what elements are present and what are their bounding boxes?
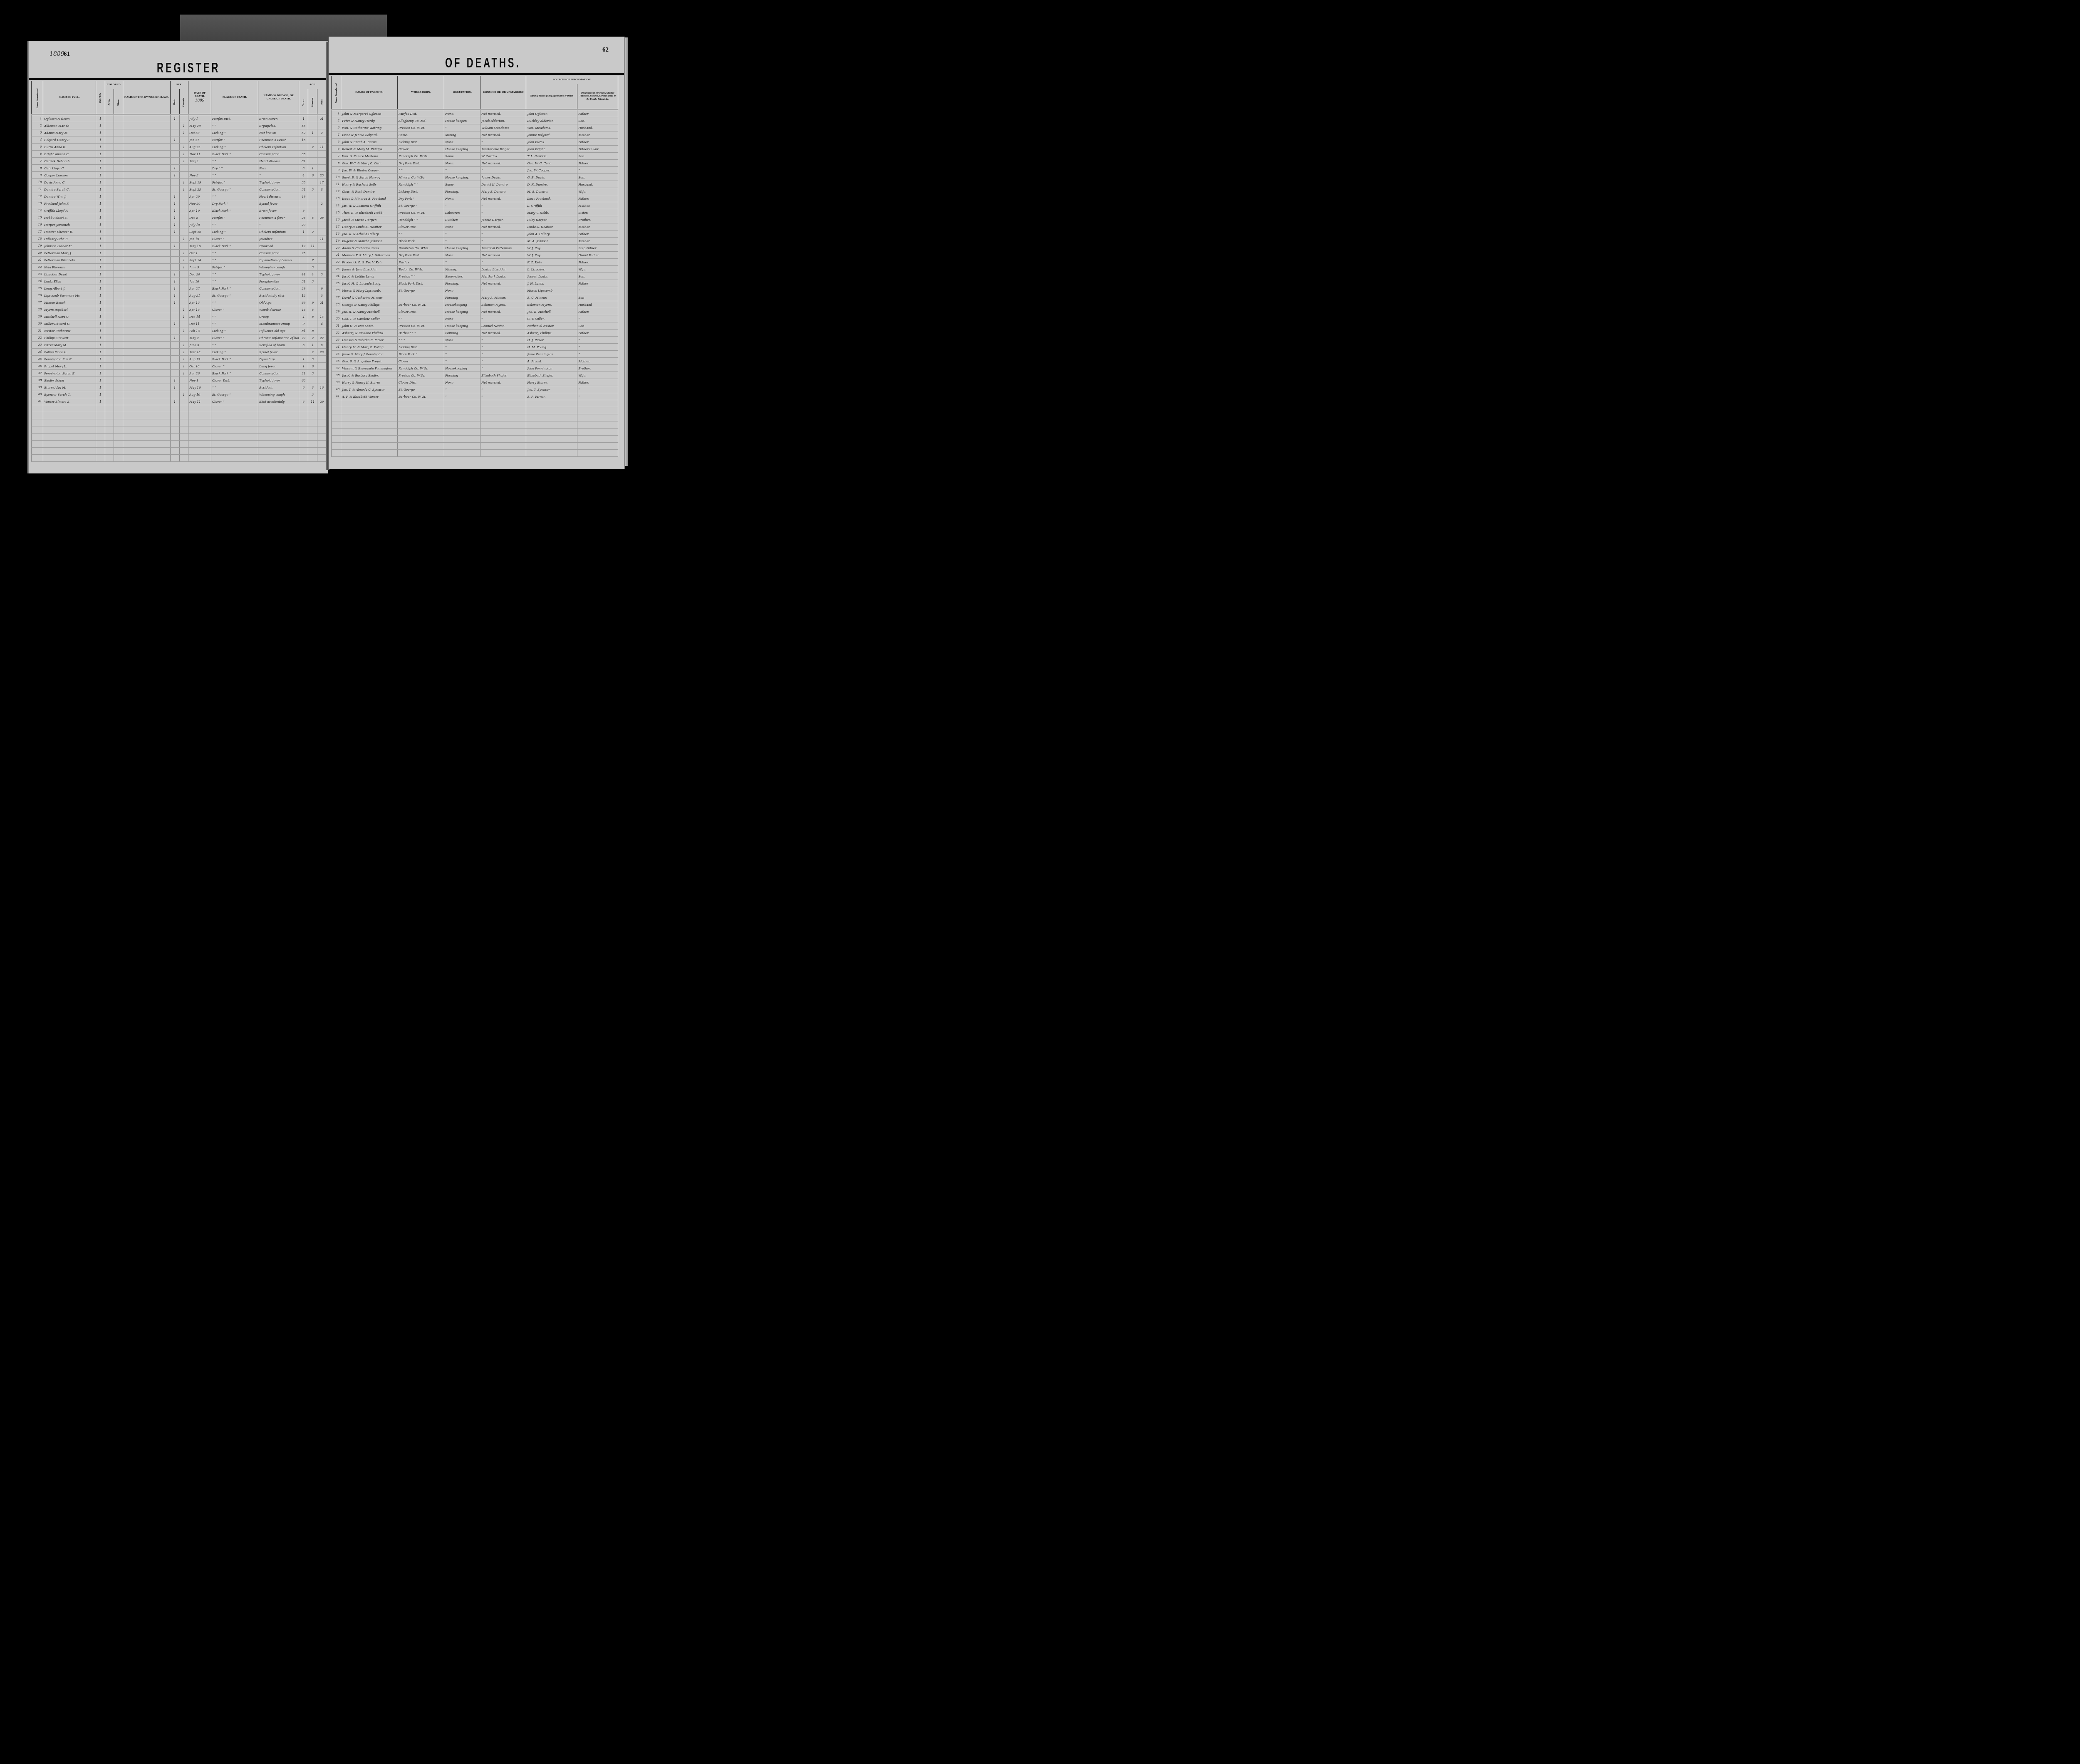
empty-row <box>32 455 327 462</box>
colored-free-mark <box>105 384 114 391</box>
white-mark: 1 <box>96 207 105 214</box>
male-mark: 1 <box>170 398 179 405</box>
age-days: 21 <box>317 115 327 122</box>
slave-owner <box>123 172 170 179</box>
age-days: 2 <box>317 200 327 207</box>
age-months <box>308 122 317 129</box>
table-row: 16 Jacob & Susan Harper. Randolph ” ” Bu… <box>332 216 618 223</box>
informant-relation: Grand Father. <box>577 252 618 259</box>
age-months: 1 <box>308 129 317 136</box>
male-mark <box>170 264 179 271</box>
place-of-death: Dry ” ” <box>211 165 258 172</box>
slave-owner <box>123 398 170 405</box>
age-years: 3 <box>299 165 308 172</box>
table-row: 35 Pennington Ella E. 1 1 Aug 15 Black F… <box>32 356 327 363</box>
deceased-name: Mitchell Nora C. <box>43 313 96 320</box>
line-number: 40 <box>332 386 341 393</box>
colored-slave-mark <box>114 278 123 285</box>
occupation: None <box>444 315 480 322</box>
occupation: Housekeeping <box>444 365 480 372</box>
slave-owner <box>123 250 170 257</box>
deceased-name: Myers Ingaborl <box>43 306 96 313</box>
date-of-death: Nov 1 <box>188 377 211 384</box>
line-number: 33 <box>332 337 341 344</box>
line-number: 1 <box>32 115 43 122</box>
deceased-name: Dumire Wm. J. <box>43 193 96 200</box>
informant-name: John Bright. <box>526 146 577 153</box>
occupation: None. <box>444 110 480 117</box>
informant-name: Harry Sturm. <box>526 379 577 386</box>
empty-row <box>32 419 327 426</box>
consort: ” <box>480 259 526 266</box>
parents-names: Thos. B. & Elizabeth Hebb. <box>341 209 398 216</box>
table-row: 30 Miller Edward C. 1 1 Oct 11 ” ” Membr… <box>32 320 327 327</box>
where-born: Dry Fork Dist. <box>397 252 444 259</box>
where-born: Fairfax Dist. <box>397 110 444 117</box>
white-mark: 1 <box>96 285 105 292</box>
line-number: 19 <box>32 243 43 250</box>
cause-of-death: Womb disease <box>258 306 299 313</box>
line-number: 39 <box>32 384 43 391</box>
age-days <box>317 278 327 285</box>
informant-name: Linda A. Hoatter. <box>526 223 577 230</box>
cause-of-death: Not known <box>258 129 299 136</box>
cause-of-death: Pneumonia fever <box>258 214 299 221</box>
female-mark: 1 <box>179 144 188 151</box>
place-of-death: ” ” <box>211 193 258 200</box>
age-months <box>308 158 317 165</box>
colored-free-mark <box>105 158 114 165</box>
colored-slave-mark <box>114 144 123 151</box>
deceased-name: Alderton Mariah <box>43 122 96 129</box>
age-months <box>308 320 317 327</box>
header-names-of-parents: NAMES OF PARENTS. <box>341 76 398 110</box>
line-number: 16 <box>32 221 43 228</box>
age-months: 6 <box>308 306 317 313</box>
place-of-death: ” ” <box>211 221 258 228</box>
slave-owner <box>123 235 170 243</box>
white-mark: 1 <box>96 179 105 186</box>
female-mark <box>179 136 188 144</box>
header-days: Days. <box>317 89 327 115</box>
female-mark <box>179 200 188 207</box>
colored-free-mark <box>105 313 114 320</box>
male-mark: 1 <box>170 165 179 172</box>
table-row: 12 Chas. & Ruth Dumire Licking Dist. Far… <box>332 188 618 195</box>
where-born <box>397 294 444 301</box>
age-months: 7 <box>308 257 317 264</box>
table-row: 38 Jacob & Barbara Shafer. Preston Co. W… <box>332 372 618 379</box>
slave-owner <box>123 200 170 207</box>
male-mark <box>170 122 179 129</box>
where-born: Black Fork ” <box>397 351 444 358</box>
slave-owner <box>123 313 170 320</box>
table-row: 15 Thos. B. & Elizabeth Hebb. Preston Co… <box>332 209 618 216</box>
occupation: Housekeeping <box>444 301 480 308</box>
table-row: 28 Myers Ingaborl 1 1 Apr 15 Clover ” Wo… <box>32 306 327 313</box>
parents-names: Robert & Mary M. Phillips. <box>341 146 398 153</box>
informant-relation: Wife. <box>577 188 618 195</box>
line-number: 38 <box>32 377 43 384</box>
colored-slave-mark <box>114 299 123 306</box>
table-row: 31 John H. & Eva Lantz. Preston Co. W.Va… <box>332 322 618 330</box>
age-years <box>299 257 308 264</box>
line-number: 29 <box>32 313 43 320</box>
cause-of-death: Flux <box>258 165 299 172</box>
age-years: 52 <box>299 129 308 136</box>
colored-slave-mark <box>114 370 123 377</box>
parents-names: John H. & Eva Lantz. <box>341 322 398 330</box>
place-of-death: Clover ” <box>211 398 258 405</box>
colored-free-mark <box>105 172 114 179</box>
line-number: 7 <box>32 158 43 165</box>
age-days <box>317 151 327 158</box>
informant-name: Geo. W. C. Carr. <box>526 160 577 167</box>
deceased-name: Phillips Stewart <box>43 334 96 342</box>
age-days: 6 <box>317 342 327 349</box>
informant-relation: Father. <box>577 160 618 167</box>
slave-owner <box>123 278 170 285</box>
informant-name: M. A. Johnson. <box>526 238 577 245</box>
age-days <box>317 207 327 214</box>
slave-owner <box>123 144 170 151</box>
parents-names: Jacob H. & Lucinda Long. <box>341 280 398 287</box>
parents-names: John & Margaret Ogleson <box>341 110 398 117</box>
age-months: 5 <box>308 186 317 193</box>
parents-names: David & Catharine Minear <box>341 294 398 301</box>
cause-of-death: Jaundice. <box>258 235 299 243</box>
age-months <box>308 377 317 384</box>
cause-of-death: Consumption. <box>258 285 299 292</box>
place-of-death: St. George ” <box>211 292 258 299</box>
age-days: 16 <box>317 384 327 391</box>
empty-row <box>332 421 618 429</box>
occupation: ” <box>444 202 480 209</box>
table-row: 33 Henson & Tabitha E. Pitzer ” ” ” None… <box>332 337 618 344</box>
line-number: 8 <box>32 165 43 172</box>
line-number: 23 <box>332 266 341 273</box>
where-born: Licking Dist. <box>397 344 444 351</box>
colored-slave-mark <box>114 250 123 257</box>
header-where-born: WHERE BORN. <box>397 76 444 110</box>
consort: Monterville Bright <box>480 146 526 153</box>
deceased-name: Dumire Sarah C. <box>43 186 96 193</box>
male-mark <box>170 144 179 151</box>
consort: ” <box>480 344 526 351</box>
informant-relation: ” <box>577 287 618 294</box>
parents-names: Moses & Mary Lipscomb. <box>341 287 398 294</box>
slave-owner <box>123 370 170 377</box>
date-of-death: May 11 <box>188 398 211 405</box>
informant-relation: ” <box>577 386 618 393</box>
deceased-name: Miller Edward C. <box>43 320 96 327</box>
table-row: 41 Varner Elmore E. 1 1 May 11 Clover ” … <box>32 398 327 405</box>
consort: Not married. <box>480 131 526 139</box>
cause-of-death: Cholera infantum <box>258 228 299 235</box>
female-mark: 1 <box>179 306 188 313</box>
informant-relation: Wife. <box>577 372 618 379</box>
female-mark: 1 <box>179 257 188 264</box>
white-mark: 1 <box>96 391 105 398</box>
occupation: Farming <box>444 294 480 301</box>
colored-free-mark <box>105 292 114 299</box>
empty-row <box>32 426 327 434</box>
empty-row <box>332 400 618 407</box>
parent-entries: 1 John & Margaret Ogleson Fairfax Dist. … <box>332 110 618 457</box>
where-born: ” ” <box>397 315 444 322</box>
age-years: 26 <box>299 214 308 221</box>
header-months: Months. <box>308 89 317 115</box>
place-of-death: ” ” <box>211 278 258 285</box>
white-mark: 1 <box>96 320 105 327</box>
occupation: ” <box>444 386 480 393</box>
deceased-name: Cooper Lawson <box>43 172 96 179</box>
consort: ” <box>480 393 526 400</box>
parents-names: Jno. T. & Almeda C. Spencer <box>341 386 398 393</box>
deceased-name: Varner Elmore E. <box>43 398 96 405</box>
slave-owner <box>123 342 170 349</box>
age-months: 3 <box>308 370 317 377</box>
male-mark <box>170 342 179 349</box>
slave-owner <box>123 115 170 122</box>
table-row: 5 Burns Anna D. 1 1 Aug 22 Licking ” Cho… <box>32 144 327 151</box>
line-number: 16 <box>332 216 341 223</box>
informant-relation: Father <box>577 139 618 146</box>
colored-free-mark <box>105 334 114 342</box>
age-months <box>308 250 317 257</box>
age-years: 1 <box>299 363 308 370</box>
line-number: 39 <box>332 379 341 386</box>
age-days <box>317 363 327 370</box>
line-number: 15 <box>332 209 341 216</box>
parents-names: Vincent & Emeranda Pennington <box>341 365 398 372</box>
age-days: 11 <box>317 235 327 243</box>
consort: Not married. <box>480 110 526 117</box>
table-row: 20 Petterman Mary J. 1 1 Oct 1 ” ” Consu… <box>32 250 327 257</box>
age-months: 6 <box>308 363 317 370</box>
male-mark: 1 <box>170 200 179 207</box>
table-row: 40 Jno. T. & Almeda C. Spencer St. Georg… <box>332 386 618 393</box>
place-of-death: Dry Fork ” <box>211 200 258 207</box>
informant-name: F. C. Kein <box>526 259 577 266</box>
place-of-death: ” ” <box>211 320 258 327</box>
place-of-death: ” ” <box>211 384 258 391</box>
age-months: 4 <box>308 271 317 278</box>
where-born: Pendleton Co. W.Va. <box>397 245 444 252</box>
white-mark: 1 <box>96 115 105 122</box>
consort: ” <box>480 358 526 365</box>
female-mark <box>179 384 188 391</box>
table-row: 34 Henry M. & Mary C. Poling. Licking Di… <box>332 344 618 351</box>
colored-slave-mark <box>114 228 123 235</box>
colored-slave-mark <box>114 342 123 349</box>
colored-free-mark <box>105 278 114 285</box>
age-days <box>317 243 327 250</box>
colored-slave-mark <box>114 320 123 327</box>
line-number: 18 <box>32 235 43 243</box>
female-mark: 1 <box>179 370 188 377</box>
age-months <box>308 285 317 292</box>
cause-of-death: Consumption <box>258 250 299 257</box>
informant-relation: Mother. <box>577 202 618 209</box>
table-row: 14 Griffith Lloyd F. 1 1 Apr 10 Black Fo… <box>32 207 327 214</box>
female-mark <box>179 243 188 250</box>
female-mark <box>179 214 188 221</box>
date-of-death: July 1 <box>188 115 211 122</box>
male-mark: 1 <box>170 271 179 278</box>
line-number: 25 <box>332 280 341 287</box>
slave-owner <box>123 292 170 299</box>
informant-name: Riley Harper. <box>526 216 577 223</box>
empty-row <box>332 429 618 436</box>
header-rule <box>29 78 328 80</box>
cause-of-death: Heart disease. <box>258 193 299 200</box>
where-born: Randolph ” ” <box>397 216 444 223</box>
informant-name: Jennie Bolyard. <box>526 131 577 139</box>
consort: Jennie Harper. <box>480 216 526 223</box>
colored-free-mark <box>105 363 114 370</box>
colored-slave-mark <box>114 313 123 320</box>
date-of-death: Dec 14 <box>188 313 211 320</box>
consort: Not married. <box>480 195 526 202</box>
colored-free-mark <box>105 370 114 377</box>
colored-free-mark <box>105 356 114 363</box>
informant-name: A. C. Minear. <box>526 294 577 301</box>
occupation: Farming <box>444 330 480 337</box>
date-of-death: Jan 19 <box>188 235 211 243</box>
line-number: 41 <box>332 393 341 400</box>
age-months: 11 <box>308 398 317 405</box>
line-number: 32 <box>32 334 43 342</box>
line-number: 15 <box>32 214 43 221</box>
colored-free-mark <box>105 320 114 327</box>
informant-name: W. J. Roy <box>526 252 577 259</box>
where-born: Preston Co. W.Va. <box>397 209 444 216</box>
line-number: 9 <box>332 167 341 174</box>
informant-relation: Sister. <box>577 209 618 216</box>
age-months: 11 <box>308 243 317 250</box>
informant-name: Buckley Alderton. <box>526 117 577 124</box>
header-occupation: OCCUPATION. <box>444 76 480 110</box>
colored-slave-mark <box>114 398 123 405</box>
where-born: Barbour Co. W.Va. <box>397 301 444 308</box>
where-born: Allegheny Co. Md. <box>397 117 444 124</box>
white-mark: 1 <box>96 313 105 320</box>
line-number: 5 <box>332 139 341 146</box>
line-number: 12 <box>32 193 43 200</box>
date-of-death: Aug 15 <box>188 356 211 363</box>
occupation: None. <box>444 139 480 146</box>
place-of-death: St. George ” <box>211 391 258 398</box>
line-number: 10 <box>32 179 43 186</box>
consort: Solomon Myers. <box>480 301 526 308</box>
table-row: 35 Jesse & Mary J. Pennington Black Fork… <box>332 351 618 358</box>
informant-name: Isaac Freeland. <box>526 195 577 202</box>
male-mark <box>170 363 179 370</box>
age-months: 2 <box>308 334 317 342</box>
age-months <box>308 136 317 144</box>
colored-free-mark <box>105 257 114 264</box>
white-mark: 1 <box>96 363 105 370</box>
deceased-name: Carrick Deborah <box>43 158 96 165</box>
cause-of-death: Cholera Infantum <box>258 144 299 151</box>
informant-name: Jno. R. Mitchell <box>526 308 577 315</box>
place-of-death: Clover Dist. <box>211 377 258 384</box>
consort: Not married. <box>480 160 526 167</box>
informant-relation: Father. <box>577 259 618 266</box>
table-row: 6 Bright Amelia C. 1 1 Nov 11 Black Fork… <box>32 151 327 158</box>
line-number: 31 <box>332 322 341 330</box>
slave-owner <box>123 186 170 193</box>
white-mark: 1 <box>96 122 105 129</box>
female-mark <box>179 165 188 172</box>
consort: ” <box>480 337 526 344</box>
cause-of-death: Whooping cough <box>258 391 299 398</box>
colored-slave-mark <box>114 243 123 250</box>
deceased-name: Petterman Mary J. <box>43 250 96 257</box>
female-mark: 1 <box>179 363 188 370</box>
white-mark: 1 <box>96 299 105 306</box>
consort: ” <box>480 139 526 146</box>
female-mark <box>179 334 188 342</box>
slave-owner <box>123 228 170 235</box>
age-months: 6 <box>308 214 317 221</box>
colored-free-mark <box>105 207 114 214</box>
cause-of-death: Pneumonia Fever <box>258 136 299 144</box>
occupation: House keeping <box>444 308 480 315</box>
informant-name: Joseph Lantz. <box>526 273 577 280</box>
female-mark: 1 <box>179 327 188 334</box>
colored-slave-mark <box>114 264 123 271</box>
where-born: ” ” <box>397 230 444 238</box>
age-years: 21 <box>299 370 308 377</box>
age-months: 2 <box>308 228 317 235</box>
deceased-name: Hebb Robert S. <box>43 214 96 221</box>
informant-name: A. Propst. <box>526 358 577 365</box>
colored-slave-mark <box>114 334 123 342</box>
informant-name: Mary V. Hebb. <box>526 209 577 216</box>
header-slave: Slave. <box>114 89 123 115</box>
age-years: 29 <box>299 221 308 228</box>
informant-name: T. L. Carrick. <box>526 153 577 160</box>
age-months: 1 <box>308 165 317 172</box>
table-row: 3 Adams Mary M. 1 1 Oct 30 Licking ” Not… <box>32 129 327 136</box>
age-days: 27 <box>317 334 327 342</box>
cause-of-death: ” <box>258 172 299 179</box>
colored-free-mark <box>105 299 114 306</box>
place-of-death: ” ” <box>211 158 258 165</box>
line-number: 33 <box>32 342 43 349</box>
line-number: 22 <box>32 264 43 271</box>
date-of-death: Mar 13 <box>188 349 211 356</box>
cause-of-death: Influenza old age <box>258 327 299 334</box>
table-row: 37 Vincent & Emeranda Pennington Randolp… <box>332 365 618 372</box>
age-years: 38 <box>299 151 308 158</box>
table-row: 10 Davis Anna C. 1 1 Sept 19 Fairfax ” T… <box>32 179 327 186</box>
line-number: 31 <box>32 327 43 334</box>
informant-name: L. Griffith <box>526 202 577 209</box>
cause-of-death: Drowned <box>258 243 299 250</box>
colored-free-mark <box>105 235 114 243</box>
table-row: 21 Mordica P. & Mary J. Petterman Dry Fo… <box>332 252 618 259</box>
colored-slave-mark <box>114 158 123 165</box>
consort: Elizabeth Shafer. <box>480 372 526 379</box>
place-of-death: ” ” <box>211 122 258 129</box>
age-years: 9 <box>299 320 308 327</box>
cause-of-death: Typhoid fever <box>258 377 299 384</box>
age-months: 9 <box>308 299 317 306</box>
death-entries: 1 Ogleson Malcom 1 1 July 1 Fairfax Dist… <box>32 115 327 462</box>
